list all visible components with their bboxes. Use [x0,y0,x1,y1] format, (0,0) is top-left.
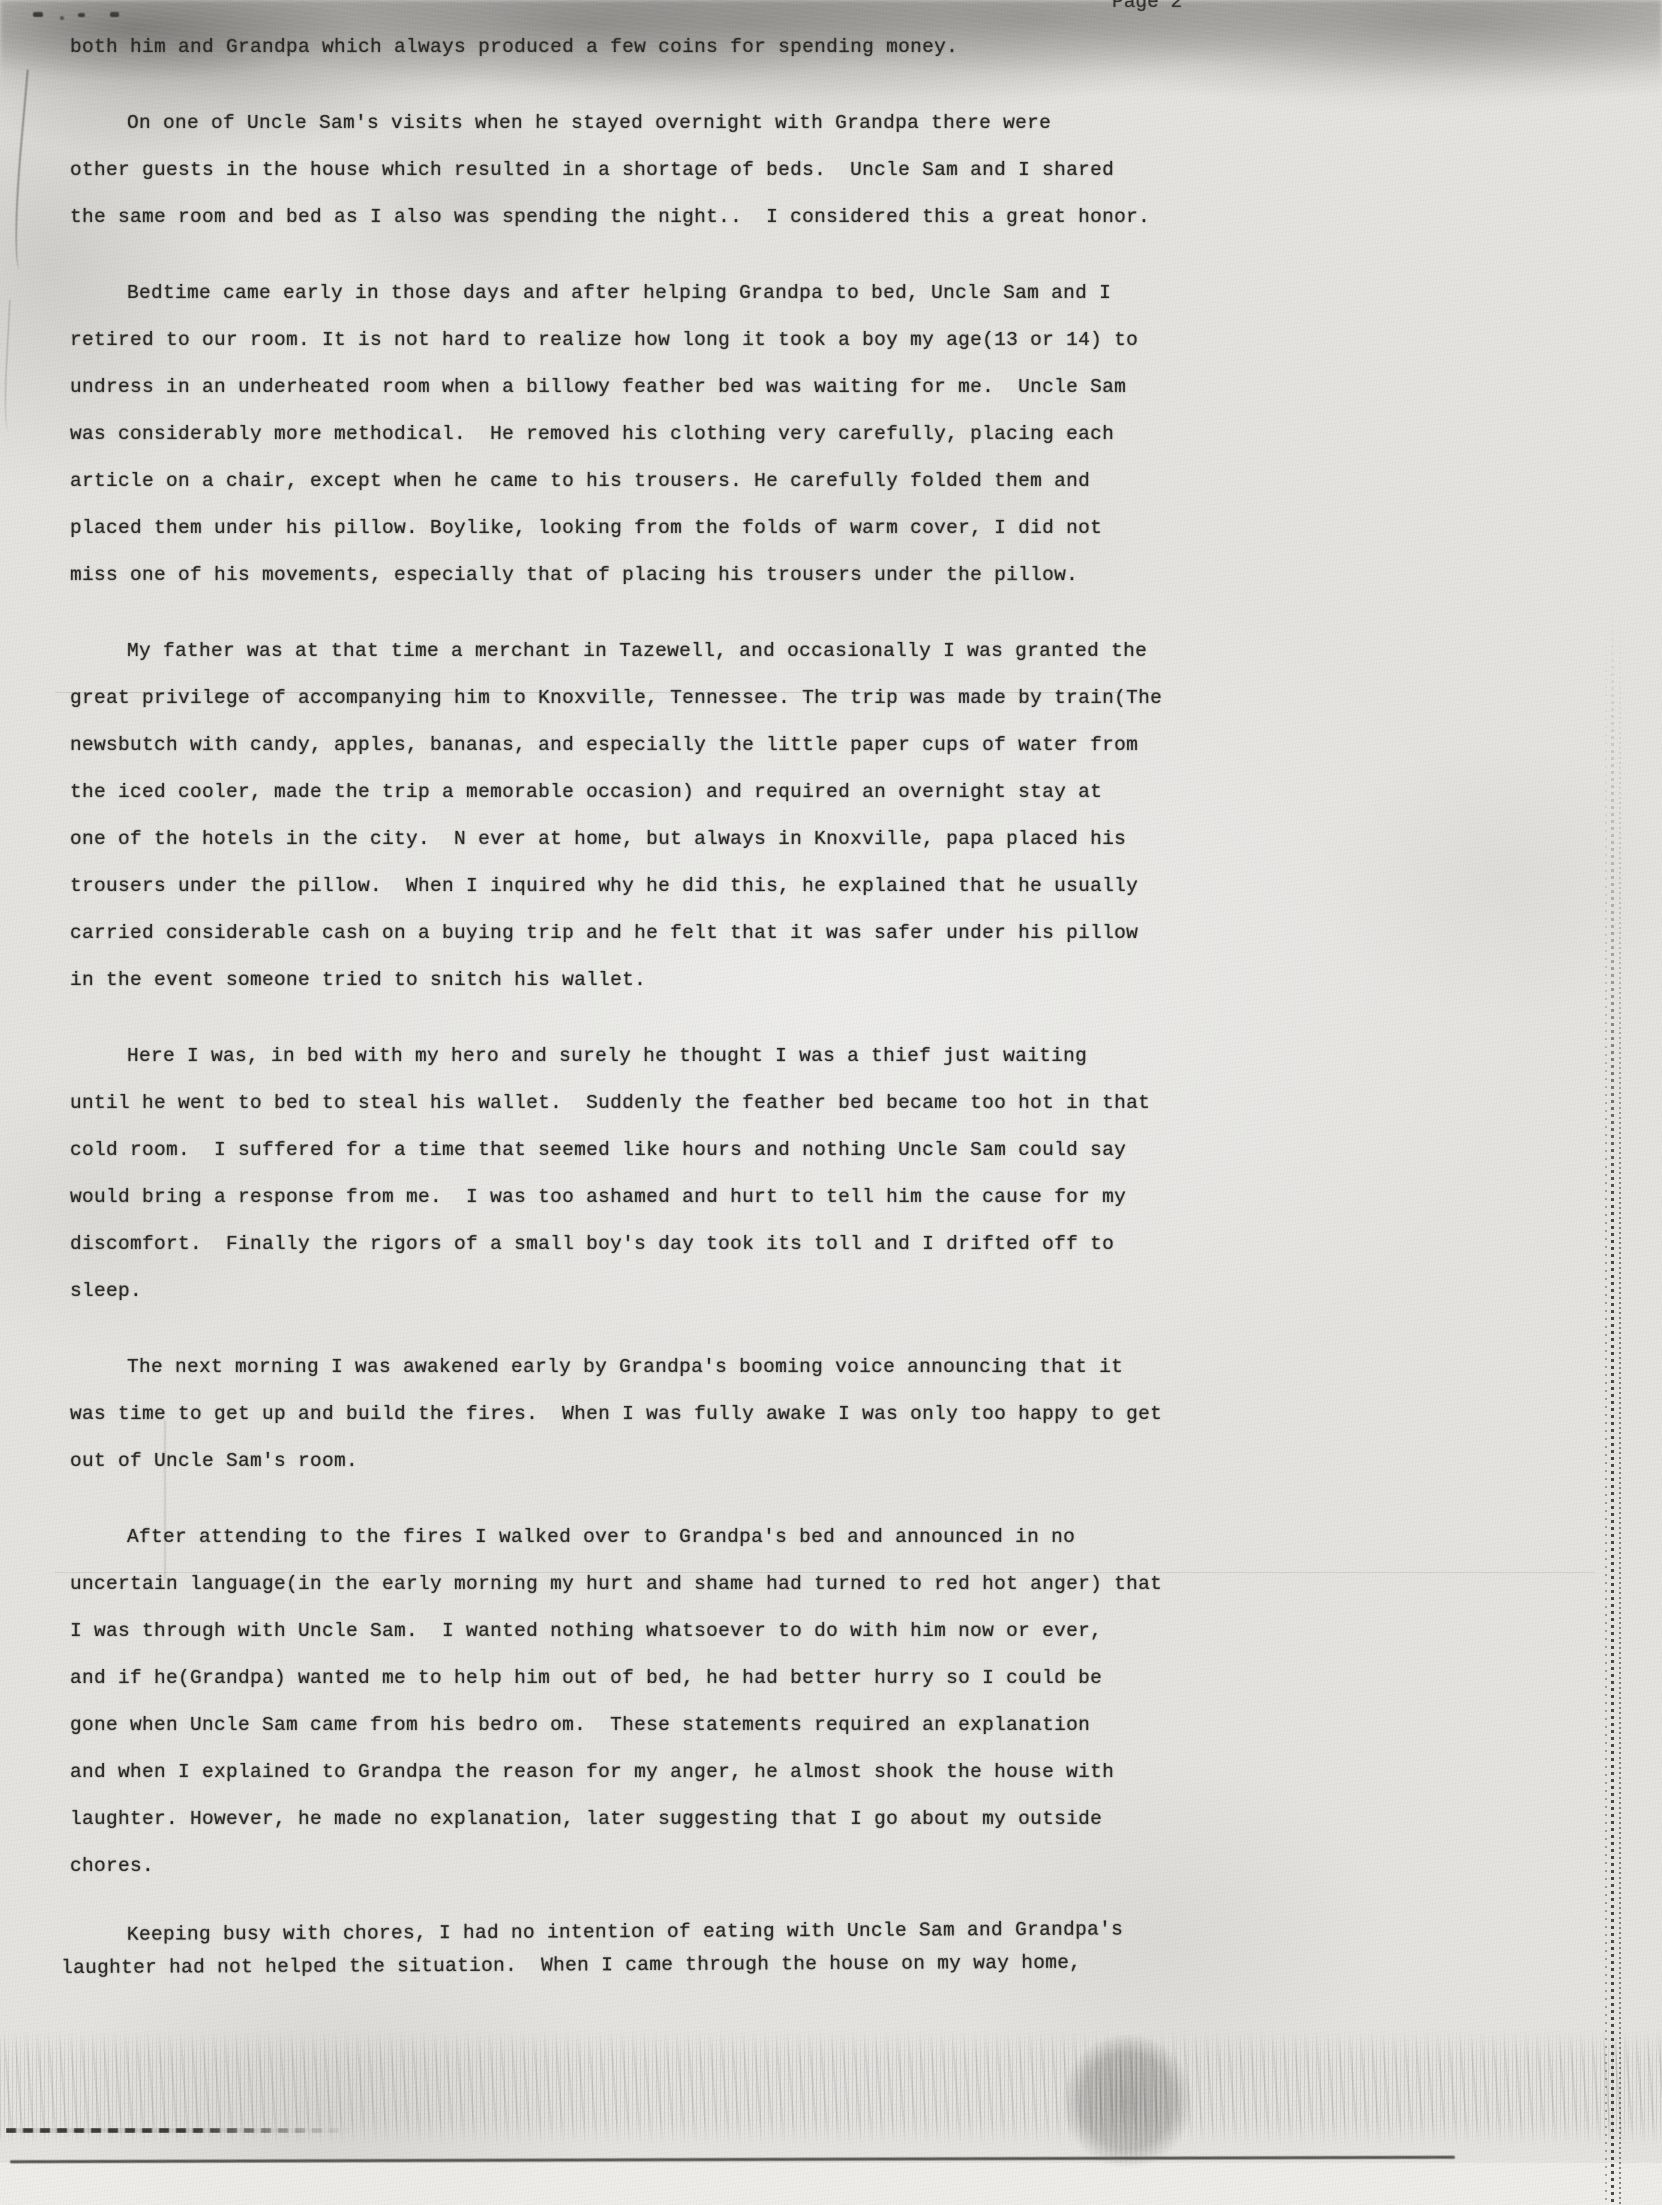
text-line: Bedtime came early in those days and aft… [70,270,1622,317]
text-line: undress in an underheated room when a bi… [70,364,1622,411]
text-line: The next morning I was awakened early by… [70,1344,1622,1391]
fingerprint-smudge [1040,2020,1215,2200]
paragraph: The next morning I was awakened early by… [70,1344,1622,1485]
text-line: retired to our room. It is not hard to r… [70,317,1622,364]
scan-scratch-mark [3,300,21,430]
paragraph: Bedtime came early in those days and aft… [70,270,1622,599]
text-line: trousers under the pillow. When I inquir… [70,863,1622,910]
paragraph: On one of Uncle Sam's visits when he sta… [70,100,1622,241]
paragraph: Keeping busy with chores, I had no inten… [70,1911,1622,1985]
text-line: gone when Uncle Sam came from his bedro … [70,1702,1622,1749]
text-line: I was through with Uncle Sam. I wanted n… [70,1608,1622,1655]
text-line: article on a chair, except when he came … [70,458,1622,505]
text-line: newsbutch with candy, apples, bananas, a… [70,722,1622,769]
text-line: great privilege of accompanying him to K… [70,675,1622,722]
scan-edge-artifact [1602,610,1630,2205]
text-line: uncertain language(in the early morning … [70,1561,1622,1608]
paragraph: My father was at that time a merchant in… [70,628,1622,1004]
scanner-background [0,2163,1662,2205]
text-line: chores. [70,1843,1622,1890]
text-line: cold room. I suffered for a time that se… [70,1127,1622,1174]
text-line: sleep. [70,1268,1622,1315]
text-line: laughter had not helped the situation. W… [61,1944,1622,1985]
text-line: Here I was, in bed with my hero and sure… [70,1033,1622,1080]
text-line: the iced cooler, made the trip a memorab… [70,769,1622,816]
text-line: was considerably more methodical. He rem… [70,411,1622,458]
text-line: On one of Uncle Sam's visits when he sta… [70,100,1622,147]
text-line: and if he(Grandpa) wanted me to help him… [70,1655,1622,1702]
page-number: Page 2 [1112,0,1182,13]
text-line: until he went to bed to steal his wallet… [70,1080,1622,1127]
document-text: both him and Grandpa which always produc… [70,24,1622,1985]
paragraph: Here I was, in bed with my hero and sure… [70,1033,1622,1315]
text-line: miss one of his movements, especially th… [70,552,1622,599]
continuation-line: both him and Grandpa which always produc… [70,24,1622,71]
scan-dash-artifact [6,2128,351,2133]
text-line: placed them under his pillow. Boylike, l… [70,505,1622,552]
text-line: carried considerable cash on a buying tr… [70,910,1622,957]
text-line: out of Uncle Sam's room. [70,1438,1622,1485]
scan-scratch-mark [9,70,44,271]
paragraph: After attending to the fires I walked ov… [70,1514,1622,1890]
text-line: would bring a response from me. I was to… [70,1174,1622,1221]
text-line: laughter. However, he made no explanatio… [70,1796,1622,1843]
text-line: the same room and bed as I also was spen… [70,194,1622,241]
text-line: one of the hotels in the city. N ever at… [70,816,1622,863]
text-line: discomfort. Finally the rigors of a smal… [70,1221,1622,1268]
text-line: other guests in the house which resulted… [70,147,1622,194]
text-line: My father was at that time a merchant in… [70,628,1622,675]
text-line: and when I explained to Grandpa the reas… [70,1749,1622,1796]
scanned-page: Page 2 both him and Grandpa which always… [0,0,1662,2205]
text-line: After attending to the fires I walked ov… [70,1514,1622,1561]
text-line: in the event someone tried to snitch his… [70,957,1622,1004]
text-line: was time to get up and build the fires. … [70,1391,1622,1438]
